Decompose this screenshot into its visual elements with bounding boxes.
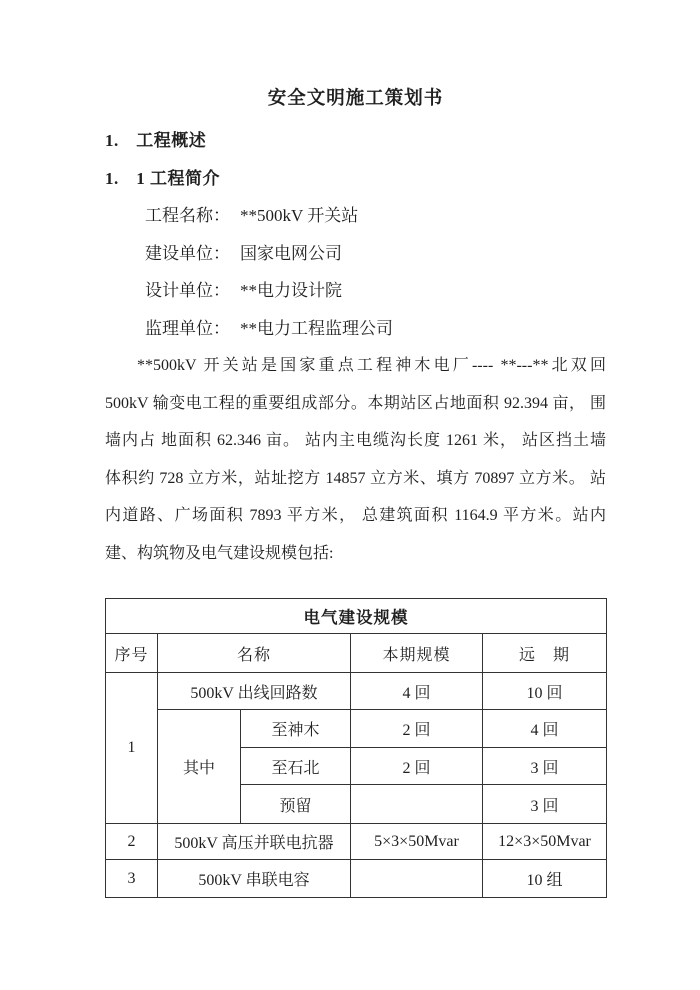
- cell-future: 3 回: [483, 748, 607, 785]
- cell-index-3: 3: [106, 860, 158, 898]
- paragraph-line: 内道路、广场面积 7893 平方米， 总建筑面积 1164.9 平方米。站内: [105, 497, 606, 535]
- info-label: 设计单位：: [145, 272, 240, 310]
- info-row-construction-unit: 建设单位： 国家电网公司: [105, 235, 606, 273]
- cell-current: 2 回: [351, 710, 483, 748]
- col-header-name: 名称: [158, 634, 351, 673]
- heading-project-overview: 1. 工程概述: [105, 131, 606, 151]
- paragraph-line: 墙内占 地面积 62.346 亩。 站内主电缆沟长度 1261 米， 站区挡土墙: [105, 422, 606, 460]
- cell-name: 500kV 串联电容: [158, 860, 351, 898]
- doc-title: 安全文明施工策划书: [105, 0, 606, 112]
- info-value: **500kV 开关站: [240, 197, 358, 235]
- table-row: 2 500kV 高压并联电抗器 5×3×50Mvar 12×3×50Mvar: [106, 824, 607, 860]
- info-value: **电力工程监理公司: [240, 310, 393, 348]
- table-header-row: 序号 名称 本期规模 远 期: [106, 634, 607, 673]
- info-label: 工程名称：: [145, 197, 240, 235]
- col-header-future-scale: 远 期: [483, 634, 607, 673]
- cell-current: [351, 785, 483, 824]
- info-value: 国家电网公司: [240, 235, 342, 273]
- col-header-index: 序号: [106, 634, 158, 673]
- info-value: **电力设计院: [240, 272, 342, 310]
- cell-group-label: 其中: [158, 710, 241, 824]
- intro-paragraph: **500kV 开关站是国家重点工程神木电厂---- **---**北双回 50…: [105, 347, 606, 572]
- project-info-list: 工程名称： **500kV 开关站 建设单位： 国家电网公司 设计单位： **电…: [105, 197, 606, 347]
- document-page: 安全文明施工策划书 1. 工程概述 1. 1 工程简介 工程名称： **500k…: [0, 0, 700, 990]
- cell-future: 4 回: [483, 710, 607, 748]
- table-row: 1 500kV 出线回路数 4 回 10 回: [106, 673, 607, 710]
- info-label: 监理单位：: [145, 310, 240, 348]
- electrical-scale-table: 电气建设规模 序号 名称 本期规模 远 期 1 500kV 出线回路数 4 回 …: [105, 598, 607, 898]
- cell-current: [351, 860, 483, 898]
- cell-name: 至石北: [241, 748, 351, 785]
- info-row-design-unit: 设计单位： **电力设计院: [105, 272, 606, 310]
- table-title-row: 电气建设规模: [106, 599, 607, 634]
- heading-project-intro: 1. 1 工程简介: [105, 169, 606, 189]
- cell-future: 3 回: [483, 785, 607, 824]
- cell-current: 4 回: [351, 673, 483, 710]
- col-header-current-scale: 本期规模: [351, 634, 483, 673]
- cell-name: 500kV 高压并联电抗器: [158, 824, 351, 860]
- cell-current: 5×3×50Mvar: [351, 824, 483, 860]
- paragraph-line: 500kV 输变电工程的重要组成部分。本期站区占地面积 92.394 亩， 围: [105, 385, 606, 423]
- cell-index-2: 2: [106, 824, 158, 860]
- cell-current: 2 回: [351, 748, 483, 785]
- cell-name: 预留: [241, 785, 351, 824]
- info-label: 建设单位：: [145, 235, 240, 273]
- table-row: 其中 至神木 2 回 4 回: [106, 710, 607, 748]
- paragraph-line: 体积约 728 立方米，站址挖方 14857 立方米、填方 70897 立方米。…: [105, 460, 606, 498]
- cell-future: 12×3×50Mvar: [483, 824, 607, 860]
- table-row: 3 500kV 串联电容 10 组: [106, 860, 607, 898]
- cell-name: 至神木: [241, 710, 351, 748]
- paragraph-line: 建、构筑物及电气建设规模包括:: [105, 535, 606, 573]
- table-title: 电气建设规模: [106, 599, 607, 634]
- info-row-project-name: 工程名称： **500kV 开关站: [105, 197, 606, 235]
- cell-name: 500kV 出线回路数: [158, 673, 351, 710]
- cell-index-1: 1: [106, 673, 158, 824]
- cell-future: 10 回: [483, 673, 607, 710]
- info-row-supervision-unit: 监理单位： **电力工程监理公司: [105, 310, 606, 348]
- cell-future: 10 组: [483, 860, 607, 898]
- paragraph-line: **500kV 开关站是国家重点工程神木电厂---- **---**北双回: [105, 347, 606, 385]
